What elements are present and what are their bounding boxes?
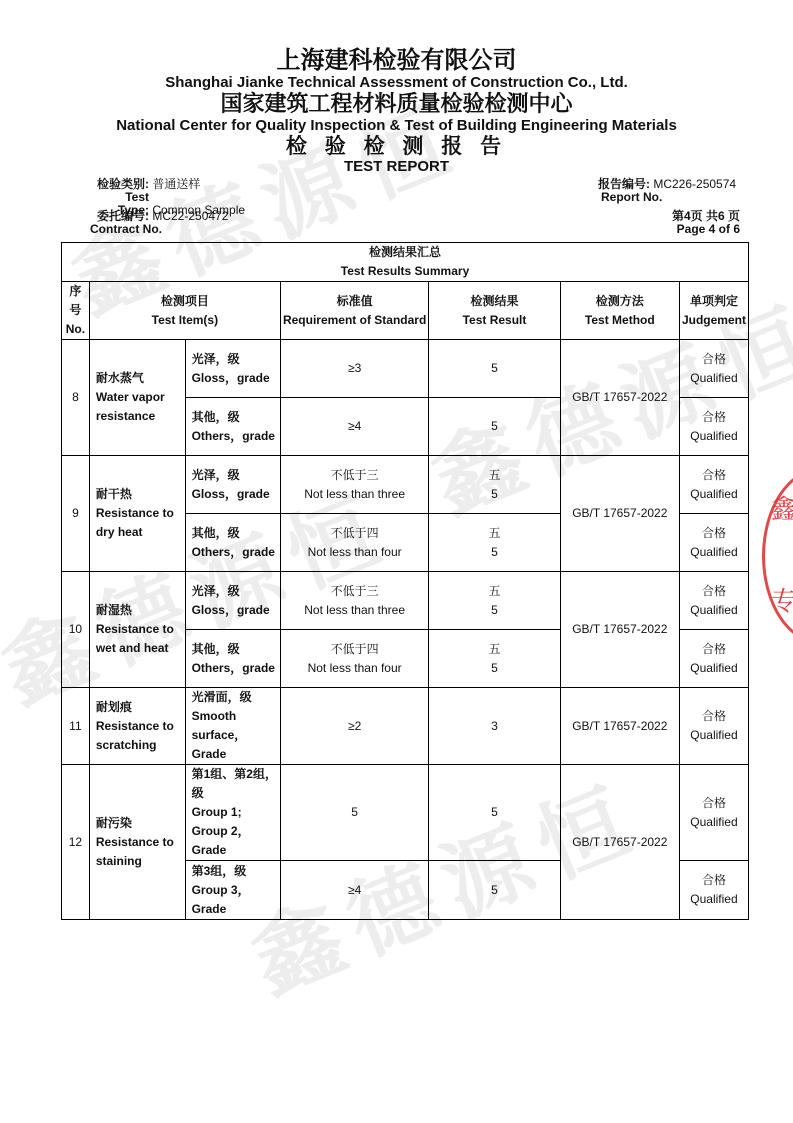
test-item: 耐湿热Resistance to wet and heat — [89, 572, 185, 688]
judgement: 合格Qualified — [679, 765, 748, 861]
judgement-cn: 合格 — [682, 640, 746, 659]
column-header-no: 序号No. — [62, 282, 90, 340]
requirement-value: ≥2 — [283, 717, 426, 736]
judgement: 合格Qualified — [679, 456, 748, 514]
stamp-text-bottom: 专用 — [771, 581, 793, 618]
sub-item-en: Smooth surface，Grade — [192, 707, 278, 764]
requirement-cn: 不低于四 — [283, 640, 426, 659]
sub-item-cn: 第1组、第2组，级 — [192, 765, 278, 803]
judgement-en: Qualified — [682, 659, 746, 678]
official-seal-stamp: 鑫 专用 — [762, 468, 793, 644]
test-result-cn: 五 — [431, 466, 557, 485]
test-item-en: Resistance to wet and heat — [96, 620, 183, 658]
requirement-cn: 不低于三 — [283, 466, 426, 485]
test-result-cn: 五 — [431, 582, 557, 601]
column-header-requirement: 标准值Requirement of Standard — [280, 282, 428, 340]
table-title-en: Test Results Summary — [64, 262, 746, 281]
requirement-value: 5 — [283, 803, 426, 822]
report-value: MC226-250574 — [653, 177, 736, 191]
sub-item-en: Others，grade — [192, 543, 278, 562]
sub-item-cn: 光泽，级 — [192, 466, 278, 485]
company-name-cn: 上海建科检验有限公司 — [0, 48, 793, 74]
sub-item: 光泽，级Gloss，grade — [185, 340, 280, 398]
sub-item-cn: 其他，级 — [192, 640, 278, 659]
contract-label-en: Contract No. — [90, 223, 162, 236]
judgement-en: Qualified — [682, 485, 746, 504]
test-result: 五5 — [429, 514, 560, 572]
test-result: 五5 — [429, 456, 560, 514]
row-number: 11 — [62, 688, 90, 765]
sub-item-en: Others，grade — [192, 427, 278, 446]
sub-item-cn: 光滑面，级 — [192, 688, 278, 707]
column-header-cn: 检测方法 — [563, 292, 677, 311]
column-header-en: Judgement — [682, 311, 746, 330]
test-result-value: 5 — [431, 659, 557, 678]
test-method: GB/T 17657-2022 — [560, 456, 679, 572]
table-row: 9耐干热Resistance to dry heat光泽，级Gloss，grad… — [62, 456, 749, 514]
contract-value: MC22-250472 — [152, 209, 228, 223]
report-label-en: Report No. — [598, 191, 662, 204]
test-result: 5 — [429, 861, 560, 920]
test-result: 5 — [429, 765, 560, 861]
table-row: 8耐水蒸气Water vapor resistance光泽，级Gloss，gra… — [62, 340, 749, 398]
report-header: 上海建科检验有限公司 Shanghai Jianke Technical Ass… — [0, 48, 793, 175]
sub-item-en: Group 1; Group 2，Grade — [192, 803, 278, 860]
requirement-cn: 不低于三 — [283, 582, 426, 601]
test-result: 五5 — [429, 630, 560, 688]
sub-item: 其他，级Others，grade — [185, 398, 280, 456]
company-name-en: Shanghai Jianke Technical Assessment of … — [0, 74, 793, 91]
requirement-value: ≥4 — [283, 881, 426, 900]
sub-item-cn: 其他，级 — [192, 408, 278, 427]
test-type-value-cn: 普通送样 — [152, 177, 200, 191]
column-header-test-method: 检测方法Test Method — [560, 282, 679, 340]
requirement: 不低于四Not less than four — [280, 630, 428, 688]
table-title-cn: 检测结果汇总 — [64, 243, 746, 262]
sub-item-cn: 光泽，级 — [192, 350, 278, 369]
test-item-en: Resistance to dry heat — [96, 504, 183, 542]
sub-item-cn: 第3组，级 — [192, 862, 278, 881]
page-en: Page 4 of 6 — [677, 222, 740, 236]
test-item-en: Water vapor resistance — [96, 388, 183, 426]
test-result-value: 5 — [431, 803, 557, 822]
row-number: 10 — [62, 572, 90, 688]
test-result-value: 5 — [431, 881, 557, 900]
judgement-cn: 合格 — [682, 408, 746, 427]
test-result: 五5 — [429, 572, 560, 630]
column-header-en: Test Item(s) — [92, 311, 278, 330]
sub-item-en: Group 3，Grade — [192, 881, 278, 919]
judgement: 合格Qualified — [679, 514, 748, 572]
judgement-cn: 合格 — [682, 350, 746, 369]
sub-item: 其他，级Others，grade — [185, 630, 280, 688]
sub-item: 第1组、第2组，级Group 1; Group 2，Grade — [185, 765, 280, 861]
column-header-en: Test Result — [431, 311, 557, 330]
test-result-value: 5 — [431, 601, 557, 620]
requirement-value: ≥4 — [283, 417, 426, 436]
column-header-cn: 标准值 — [283, 292, 426, 311]
requirement-value: Not less than three — [283, 485, 426, 504]
report-title-en: TEST REPORT — [0, 159, 793, 175]
judgement-cn: 合格 — [682, 524, 746, 543]
test-result-value: 3 — [431, 717, 557, 736]
table-row: 10耐湿热Resistance to wet and heat光泽，级Gloss… — [62, 572, 749, 630]
test-item: 耐污染Resistance to staining — [89, 765, 185, 920]
page-cn: 第4页 共6 页 — [672, 209, 740, 223]
judgement-en: Qualified — [682, 726, 746, 745]
sub-item-cn: 其他，级 — [192, 524, 278, 543]
requirement-value: ≥3 — [283, 359, 426, 378]
judgement-cn: 合格 — [682, 466, 746, 485]
requirement: 不低于三Not less than three — [280, 456, 428, 514]
judgement: 合格Qualified — [679, 340, 748, 398]
test-result-value: 5 — [431, 485, 557, 504]
sub-item-en: Gloss，grade — [192, 369, 278, 388]
test-item-cn: 耐干热 — [96, 485, 183, 504]
sub-item: 光泽，级Gloss，grade — [185, 572, 280, 630]
test-item-cn: 耐湿热 — [96, 601, 183, 620]
judgement-cn: 合格 — [682, 582, 746, 601]
column-header-cn: 检测项目 — [92, 292, 278, 311]
test-method: GB/T 17657-2022 — [560, 765, 679, 920]
table-header-row: 序号No.检测项目Test Item(s)标准值Requirement of S… — [62, 282, 749, 340]
judgement-en: Qualified — [682, 369, 746, 388]
test-method: GB/T 17657-2022 — [560, 572, 679, 688]
table-row: 11耐划痕Resistance to scratching光滑面，级Smooth… — [62, 688, 749, 765]
column-header-cn: 序号 — [64, 282, 87, 320]
test-results-table: 检测结果汇总 Test Results Summary 序号No.检测项目Tes… — [61, 242, 749, 920]
test-item-cn: 耐划痕 — [96, 698, 183, 717]
column-header-test-item: 检测项目Test Item(s) — [89, 282, 280, 340]
row-number: 9 — [62, 456, 90, 572]
requirement: 不低于四Not less than four — [280, 514, 428, 572]
judgement: 合格Qualified — [679, 688, 748, 765]
center-name-en: National Center for Quality Inspection &… — [0, 117, 793, 135]
sub-item-en: Gloss，grade — [192, 601, 278, 620]
report-no-field: 报告编号: MC226-250574 Report No. — [598, 178, 736, 204]
requirement-value: Not less than four — [283, 543, 426, 562]
sub-item: 光滑面，级Smooth surface，Grade — [185, 688, 280, 765]
page-indicator: 第4页 共6 页 Page 4 of 6 — [600, 210, 740, 236]
judgement-cn: 合格 — [682, 794, 746, 813]
row-number: 12 — [62, 765, 90, 920]
contract-no-field: 委托编号: MC22-250472 Contract No. — [90, 210, 228, 236]
requirement: ≥4 — [280, 861, 428, 920]
requirement: 不低于三Not less than three — [280, 572, 428, 630]
judgement-en: Qualified — [682, 543, 746, 562]
judgement-cn: 合格 — [682, 871, 746, 890]
test-item-en: Resistance to staining — [96, 833, 183, 871]
sub-item: 光泽，级Gloss，grade — [185, 456, 280, 514]
test-result-cn: 五 — [431, 640, 557, 659]
test-result: 5 — [429, 398, 560, 456]
sub-item-cn: 光泽，级 — [192, 582, 278, 601]
test-item-en: Resistance to scratching — [96, 717, 183, 755]
judgement: 合格Qualified — [679, 398, 748, 456]
column-header-judgement: 单项判定Judgement — [679, 282, 748, 340]
column-header-test-result: 检测结果Test Result — [429, 282, 560, 340]
requirement: 5 — [280, 765, 428, 861]
row-number: 8 — [62, 340, 90, 456]
judgement-en: Qualified — [682, 813, 746, 832]
table-title: 检测结果汇总 Test Results Summary — [62, 243, 749, 282]
test-item: 耐划痕Resistance to scratching — [89, 688, 185, 765]
test-result: 5 — [429, 340, 560, 398]
requirement-value: Not less than four — [283, 659, 426, 678]
test-item: 耐干热Resistance to dry heat — [89, 456, 185, 572]
column-header-cn: 单项判定 — [682, 292, 746, 311]
judgement-cn: 合格 — [682, 707, 746, 726]
test-result-value: 5 — [431, 417, 557, 436]
column-header-en: No. — [64, 320, 87, 339]
sub-item-en: Gloss，grade — [192, 485, 278, 504]
test-result: 3 — [429, 688, 560, 765]
requirement: ≥2 — [280, 688, 428, 765]
test-result-value: 5 — [431, 543, 557, 562]
requirement: ≥3 — [280, 340, 428, 398]
test-item-cn: 耐水蒸气 — [96, 369, 183, 388]
sub-item: 其他，级Others，grade — [185, 514, 280, 572]
center-name-cn: 国家建筑工程材料质量检验检测中心 — [0, 91, 793, 117]
test-method: GB/T 17657-2022 — [560, 688, 679, 765]
judgement: 合格Qualified — [679, 861, 748, 920]
stamp-text-top: 鑫 — [771, 489, 793, 526]
judgement-en: Qualified — [682, 427, 746, 446]
requirement-cn: 不低于四 — [283, 524, 426, 543]
sub-item: 第3组，级Group 3，Grade — [185, 861, 280, 920]
test-result-value: 5 — [431, 359, 557, 378]
report-title-cn: 检 验 检 测 报 告 — [0, 135, 793, 159]
test-result-cn: 五 — [431, 524, 557, 543]
judgement-en: Qualified — [682, 601, 746, 620]
judgement: 合格Qualified — [679, 572, 748, 630]
column-header-cn: 检测结果 — [431, 292, 557, 311]
test-method: GB/T 17657-2022 — [560, 340, 679, 456]
test-item: 耐水蒸气Water vapor resistance — [89, 340, 185, 456]
sub-item-en: Others，grade — [192, 659, 278, 678]
column-header-en: Requirement of Standard — [283, 311, 426, 330]
requirement-value: Not less than three — [283, 601, 426, 620]
judgement: 合格Qualified — [679, 630, 748, 688]
column-header-en: Test Method — [563, 311, 677, 330]
requirement: ≥4 — [280, 398, 428, 456]
test-item-cn: 耐污染 — [96, 814, 183, 833]
judgement-en: Qualified — [682, 890, 746, 909]
table-row: 12耐污染Resistance to staining第1组、第2组，级Grou… — [62, 765, 749, 861]
